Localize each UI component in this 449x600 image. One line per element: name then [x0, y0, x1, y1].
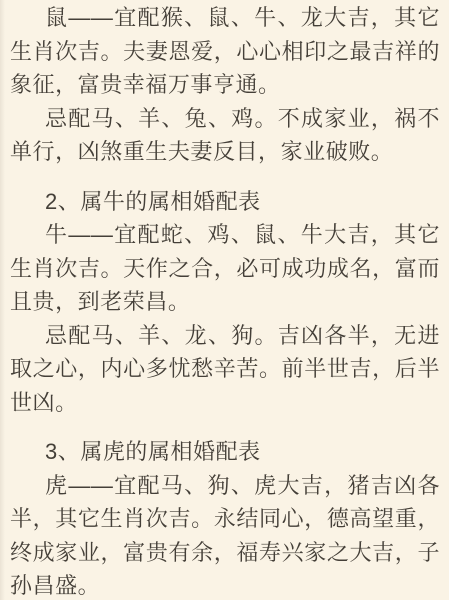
paragraph-ox-suitable-matches: 牛——宜配蛇、鸡、鼠、牛大吉，其它生肖次吉。天作之合，必可成功成名，富而且贵，到… — [10, 218, 440, 319]
document-page: 鼠——宜配猴、鼠、牛、龙大吉，其它生肖次吉。夫妻恩爱，心心相印之最吉祥的象征，富… — [0, 0, 449, 600]
section-heading-tiger-table: 3、属虎的属相婚配表 — [10, 435, 440, 469]
paragraph-tiger-suitable-matches: 虎——宜配马、狗、虎大吉，猪吉凶各半，其它生肖次吉。永结同心，德高望重，终成家业… — [10, 469, 440, 600]
paragraph-rat-avoid-matches: 忌配马、羊、兔、鸡。不成家业，祸不单行，凶煞重生夫妻反目，家业破败。 — [10, 102, 440, 169]
paragraph-rat-suitable-matches: 鼠——宜配猴、鼠、牛、龙大吉，其它生肖次吉。夫妻恩爱，心心相印之最吉祥的象征，富… — [10, 1, 440, 102]
paragraph-ox-avoid-matches: 忌配马、羊、龙、狗。吉凶各半，无进取之心，内心多忧愁辛苦。前半世吉，后半世凶。 — [10, 319, 440, 420]
document-body: 鼠——宜配猴、鼠、牛、龙大吉，其它生肖次吉。夫妻恩爱，心心相印之最吉祥的象征，富… — [0, 0, 449, 600]
section-heading-ox-table: 2、属牛的属相婚配表 — [10, 185, 440, 219]
